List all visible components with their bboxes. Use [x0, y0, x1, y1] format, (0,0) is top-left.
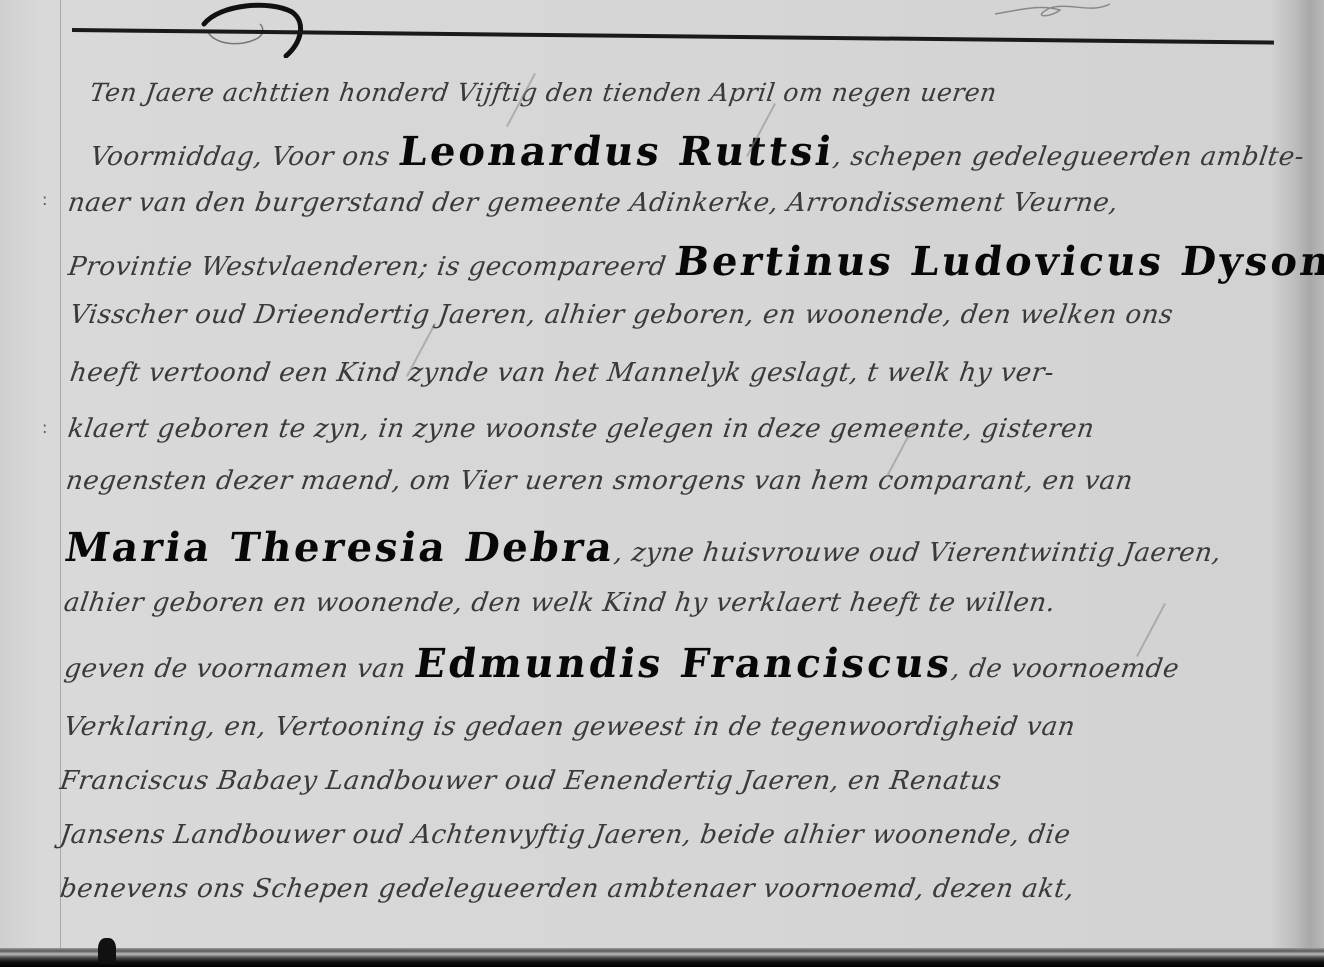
text-line-14: Jansens Landbouwer oud Achtenvyftig Jaer…	[58, 820, 1072, 850]
father-name: Bertinus Ludovicus Dyson	[672, 238, 1324, 285]
text-line-8: negensten dezer maend, om Vier ueren smo…	[64, 466, 1135, 496]
text-line-2: Voormiddag, Voor ons Leonardus Ruttsi, s…	[88, 128, 1308, 175]
text-line-1: Ten Jaere achttien honderd Vijftig den t…	[88, 78, 999, 107]
ink-blot	[98, 938, 116, 964]
text-line-10: alhier geboren en woonende, den welk Kin…	[62, 588, 1057, 618]
margin-colon-mark: :	[42, 418, 47, 437]
text-line-7: klaert geboren te zyn, in zyne woonste g…	[66, 414, 1096, 444]
text-line-5: Visscher oud Drieendertig Jaeren, alhier…	[68, 300, 1175, 330]
margin-colon-mark: :	[42, 190, 47, 209]
left-margin-line	[60, 0, 61, 950]
top-right-pencil-mark-icon	[990, 0, 1120, 22]
official-name: Leonardus Ruttsi	[396, 128, 837, 175]
text-line-6: heeft vertoond een Kind zynde van het Ma…	[68, 358, 1056, 388]
text-line-3: naer van den burgerstand der gemeente Ad…	[66, 188, 1120, 218]
text-line-9: Maria Theresia Debra, zyne huisvrouwe ou…	[62, 524, 1225, 571]
text-line-4: Provintie Westvlaenderen; is gecompareer…	[66, 238, 1324, 285]
text-line-13: Franciscus Babaey Landbouwer oud Eenende…	[58, 766, 1003, 796]
child-name: Edmundis Franciscus	[412, 640, 956, 687]
scanned-register-page: Ten Jaere achttien honderd Vijftig den t…	[0, 0, 1324, 967]
text-line-15: benevens ons Schepen gedelegueerden ambt…	[58, 874, 1076, 904]
text-line-12: Verklaring, en, Vertooning is gedaen gew…	[62, 712, 1077, 742]
text-line-11: geven de voornamen van Edmundis Francisc…	[62, 640, 1183, 687]
mother-name: Maria Theresia Debra	[62, 524, 618, 571]
page-bottom-edge	[0, 948, 1324, 967]
